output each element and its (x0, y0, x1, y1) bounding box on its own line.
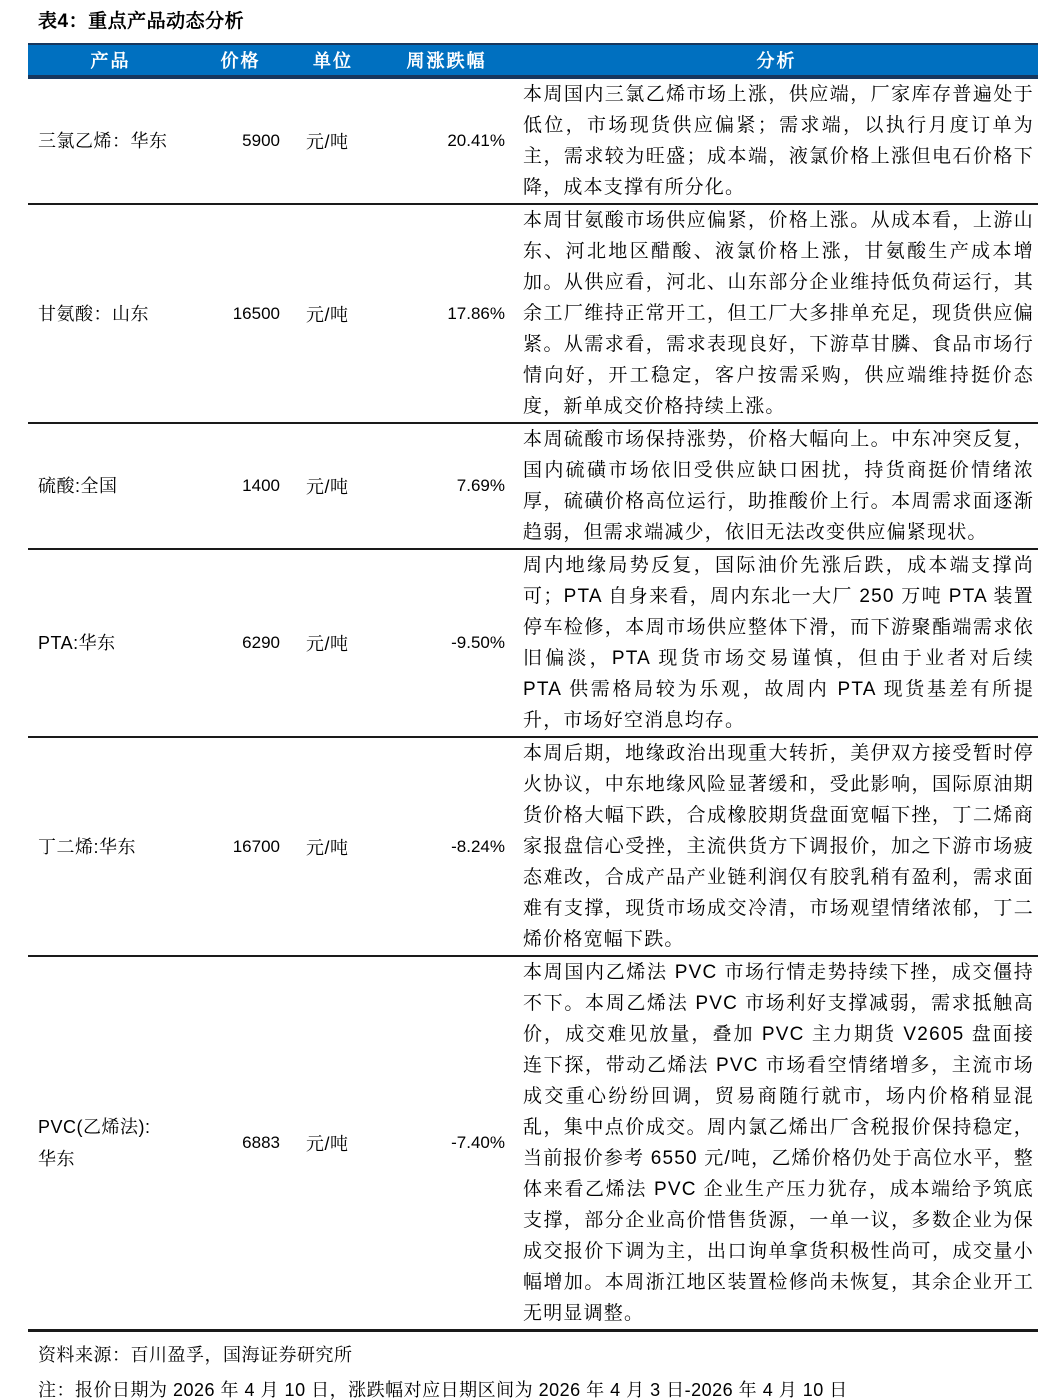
analysis-cell: 周内地缘局势反复，国际油价先涨后跌，成本端支撑尚可；PTA 自身来看，周内东北一… (515, 549, 1038, 737)
table-body: 三氯乙烯：华东 5900 元/吨 20.41% 本周国内三氯乙烯市场上涨，供应端… (28, 77, 1038, 1331)
analysis-cell: 本周国内乙烯法 PVC 市场行情走势持续下挫，成交僵持不下。本周乙烯法 PVC … (515, 956, 1038, 1331)
unit-cell: 元/吨 (288, 549, 378, 737)
report-page: 表4：重点产品动态分析 产品 价格 单位 周涨跌幅 分析 三氯乙烯：华东 590… (0, 0, 1062, 1400)
table-row: PVC(乙烯法): 华东 6883 元/吨 -7.40% 本周国内乙烯法 PVC… (28, 956, 1038, 1331)
table-row: PTA:华东 6290 元/吨 -9.50% 周内地缘局势反复，国际油价先涨后跌… (28, 549, 1038, 737)
weekly-change-cell: -9.50% (378, 549, 515, 737)
price-cell: 1400 (193, 423, 288, 549)
table-row: 丁二烯:华东 16700 元/吨 -8.24% 本周后期，地缘政治出现重大转折，… (28, 737, 1038, 956)
analysis-cell: 本周甘氨酸市场供应偏紧，价格上涨。从成本看，上游山东、河北地区醋酸、液氯价格上涨… (515, 204, 1038, 423)
column-header-product: 产品 (28, 44, 193, 77)
unit-cell: 元/吨 (288, 423, 378, 549)
weekly-change-cell: 17.86% (378, 204, 515, 423)
column-header-weekly-change: 周涨跌幅 (378, 44, 515, 77)
product-cell: 硫酸:全国 (28, 423, 193, 549)
product-cell: 甘氨酸：山东 (28, 204, 193, 423)
date-note: 注：报价日期为 2026 年 4 月 10 日，涨跌幅对应日期区间为 2026 … (38, 1378, 1038, 1400)
column-header-price: 价格 (193, 44, 288, 77)
weekly-change-cell: -8.24% (378, 737, 515, 956)
weekly-change-cell: 20.41% (378, 77, 515, 204)
analysis-cell: 本周硫酸市场保持涨势，价格大幅向上。中东冲突反复，国内硫磺市场依旧受供应缺口困扰… (515, 423, 1038, 549)
unit-cell: 元/吨 (288, 956, 378, 1331)
column-header-analysis: 分析 (515, 44, 1038, 77)
product-cell: PTA:华东 (28, 549, 193, 737)
product-cell: PVC(乙烯法): 华东 (28, 956, 193, 1331)
price-cell: 6883 (193, 956, 288, 1331)
source-note: 资料来源：百川盈孚，国海证券研究所 (38, 1343, 1038, 1367)
column-header-unit: 单位 (288, 44, 378, 77)
table-title: 表4：重点产品动态分析 (38, 10, 1038, 34)
table-header: 产品 价格 单位 周涨跌幅 分析 (28, 44, 1038, 77)
weekly-change-cell: -7.40% (378, 956, 515, 1331)
table-row: 三氯乙烯：华东 5900 元/吨 20.41% 本周国内三氯乙烯市场上涨，供应端… (28, 77, 1038, 204)
header-row: 产品 价格 单位 周涨跌幅 分析 (28, 44, 1038, 77)
table-footer: 资料来源：百川盈孚，国海证券研究所 注：报价日期为 2026 年 4 月 10 … (38, 1343, 1038, 1400)
price-cell: 16700 (193, 737, 288, 956)
weekly-change-cell: 7.69% (378, 423, 515, 549)
unit-cell: 元/吨 (288, 737, 378, 956)
unit-cell: 元/吨 (288, 204, 378, 423)
analysis-cell: 本周后期，地缘政治出现重大转折，美伊双方接受暂时停火协议，中东地缘风险显著缓和，… (515, 737, 1038, 956)
price-cell: 5900 (193, 77, 288, 204)
product-dynamics-table: 产品 价格 单位 周涨跌幅 分析 三氯乙烯：华东 5900 元/吨 20.41%… (28, 43, 1038, 1332)
product-cell: 丁二烯:华东 (28, 737, 193, 956)
analysis-cell: 本周国内三氯乙烯市场上涨，供应端，厂家库存普遍处于低位，市场现货供应偏紧；需求端… (515, 77, 1038, 204)
price-cell: 6290 (193, 549, 288, 737)
unit-cell: 元/吨 (288, 77, 378, 204)
table-row: 甘氨酸：山东 16500 元/吨 17.86% 本周甘氨酸市场供应偏紧，价格上涨… (28, 204, 1038, 423)
product-cell: 三氯乙烯：华东 (28, 77, 193, 204)
price-cell: 16500 (193, 204, 288, 423)
table-row: 硫酸:全国 1400 元/吨 7.69% 本周硫酸市场保持涨势，价格大幅向上。中… (28, 423, 1038, 549)
